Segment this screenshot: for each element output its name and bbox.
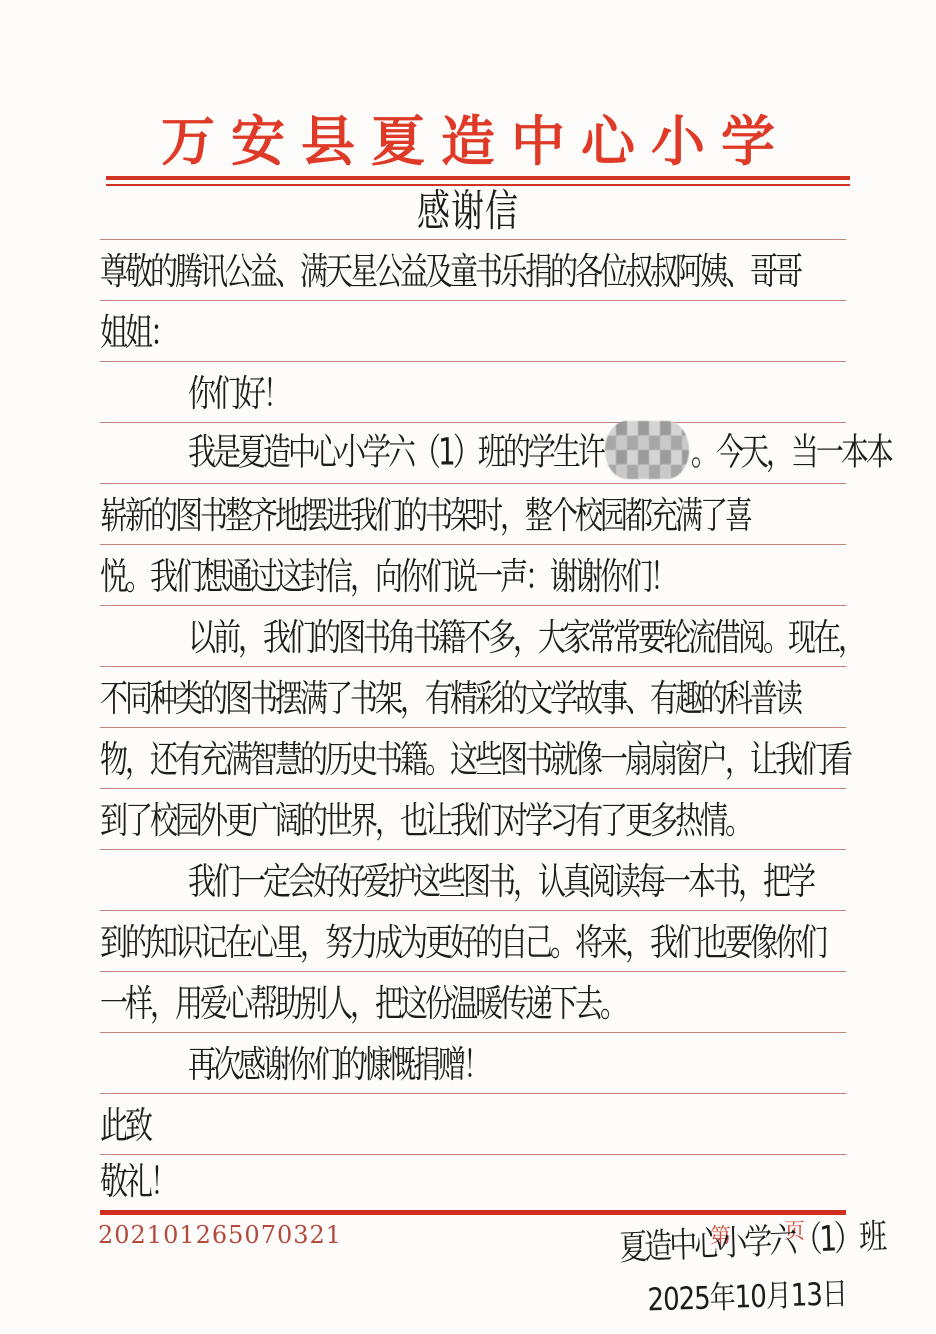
handwritten-line: 你们好！ — [188, 365, 288, 418]
signature-date-text: 2025年10月13日 — [647, 1269, 847, 1320]
ruled-line-row: 我们一定会好好爱护这些图书，认真阅读每一本书，把学 — [100, 850, 846, 911]
handwritten-line: 悦。我们想通过这封信，向你们说一声：谢谢你们！ — [100, 548, 675, 601]
handwritten-line: 尊敬的腾讯公益、满天星公益及童书乐捐的各位叔叔阿姨、哥哥 — [100, 243, 800, 296]
handwritten-line: 到的知识记在心里，努力成为更好的自己。将来，我们也要像你们 — [100, 914, 825, 967]
handwritten-line: 我是夏造中心小学六（1）班的学生许。今天，当一本本 — [188, 421, 891, 479]
ruled-line-row: 姐姐： — [100, 301, 846, 362]
signature-class-text: 夏造中心小学六（1）班 — [619, 1209, 885, 1271]
ruled-line-row: 到了校园外更广阔的世界，也让我们对学习有了更多热情。 — [100, 789, 846, 850]
ruled-line-row: 物，还有充满智慧的历史书籍。这些图书就像一扇扇窗户，让我们看 — [100, 728, 846, 789]
handwritten-line: 崭新的图书整齐地摆进我们的书架时，整个校园都充满了喜 — [100, 487, 750, 540]
ruled-line-row: 你们好！ — [100, 362, 846, 423]
handwritten-line: 再次感谢你们的慷慨捐赠！ — [188, 1036, 488, 1089]
ruled-line-row: 此致 — [100, 1094, 846, 1155]
signature-date-line: 2025年10月13日 — [648, 1283, 847, 1320]
ruled-line-row: 崭新的图书整齐地摆进我们的书架时，整个校园都充满了喜 — [100, 484, 846, 545]
handwritten-line: 一样，用爱心帮助别人，把这份温暖传递下去。 — [100, 975, 625, 1028]
letter-title-text: 感谢信 — [417, 177, 519, 239]
handwritten-line: 敬礼！ — [100, 1153, 175, 1206]
signature-class-line: 夏造中心小学六（1）班 — [620, 1231, 885, 1271]
ruled-line-row: 再次感谢你们的慷慨捐赠！ — [100, 1033, 846, 1094]
handwritten-line: 物，还有充满智慧的历史书籍。这些图书就像一扇扇窗户，让我们看 — [100, 731, 850, 784]
letter-page: 万安县夏造中心小学 感谢信 尊敬的腾讯公益、满天星公益及童书乐捐的各位叔叔阿姨、… — [0, 0, 936, 1334]
handwritten-text-before-redaction: 我是夏造中心小学六（1）班的学生许 — [188, 430, 603, 474]
handwritten-line: 此致 — [100, 1097, 150, 1150]
serial-number: 202101265070321 — [98, 1221, 342, 1249]
ruled-line-row: 敬礼！ — [100, 1155, 846, 1215]
letter-body-ruled-area: 尊敬的腾讯公益、满天星公益及童书乐捐的各位叔叔阿姨、哥哥姐姐：你们好！我是夏造中… — [100, 239, 846, 1215]
handwritten-text-after-redaction: 。今天，当一本本 — [691, 430, 891, 474]
ruled-line-row: 悦。我们想通过这封信，向你们说一声：谢谢你们！ — [100, 545, 846, 606]
handwritten-line: 姐姐： — [100, 304, 175, 357]
ruled-line-row: 尊敬的腾讯公益、满天星公益及童书乐捐的各位叔叔阿姨、哥哥 — [100, 240, 846, 301]
ruled-line-row: 我是夏造中心小学六（1）班的学生许。今天，当一本本 — [100, 423, 846, 484]
letter-title: 感谢信 — [0, 192, 936, 239]
ruled-line-row: 以前，我们的图书角书籍不多，大家常常要轮流借阅。现在， — [100, 606, 846, 667]
handwritten-line: 以前，我们的图书角书籍不多，大家常常要轮流借阅。现在， — [188, 609, 863, 662]
ruled-line-row: 到的知识记在心里，努力成为更好的自己。将来，我们也要像你们 — [100, 911, 846, 972]
school-letterhead-title: 万安县夏造中心小学 — [0, 112, 936, 170]
ruled-line-row: 不同种类的图书摆满了书架，有精彩的文学故事、有趣的科普读 — [100, 667, 846, 728]
handwritten-line: 我们一定会好好爱护这些图书，认真阅读每一本书，把学 — [188, 853, 813, 906]
handwritten-line: 到了校园外更广阔的世界，也让我们对学习有了更多热情。 — [100, 792, 750, 845]
ruled-line-row: 一样，用爱心帮助别人，把这份温暖传递下去。 — [100, 972, 846, 1033]
handwritten-line: 不同种类的图书摆满了书架，有精彩的文学故事、有趣的科普读 — [100, 670, 800, 723]
redacted-student-name-mosaic — [605, 421, 689, 479]
